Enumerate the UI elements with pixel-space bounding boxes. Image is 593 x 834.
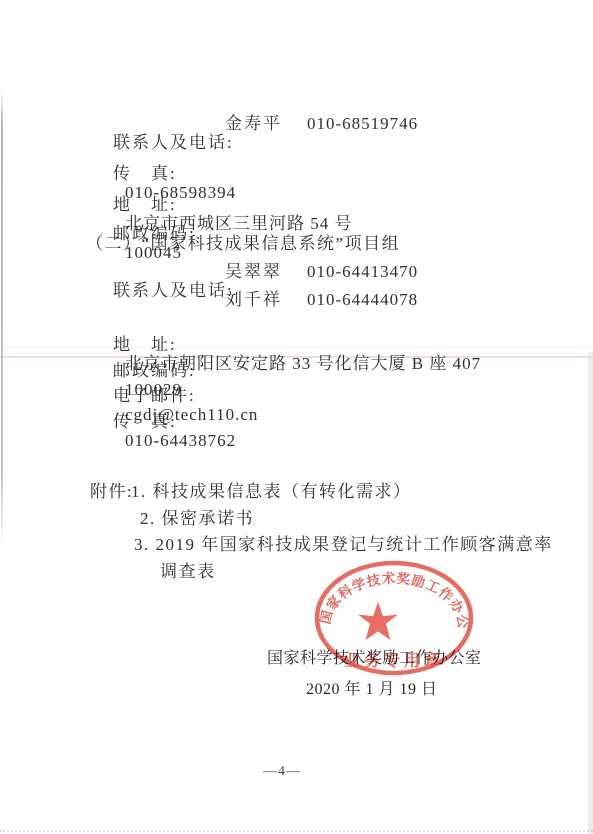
contact-row-office2-a: 联系人及电话: 吴翠翠 010-64413470 [90,262,510,281]
contact-row-office1: 联系人及电话: 金寿平 010-68519746 [90,114,510,133]
section-heading: （二）“国家科技成果信息系统”项目组 [86,234,400,253]
official-seal: 国家科学技术奖励工作办公室 业务专用章 [302,548,492,688]
fax-label: 传 真: [113,412,177,431]
seal-bottom-text: 业务专用章 [344,651,444,670]
seal-star-icon [358,602,398,640]
scan-edge-left [1,88,3,545]
attachment-item-3-continuation: 调查表 [160,557,216,582]
page-number: —4— [263,764,301,780]
attachment-item-1: 1. 科技成果信息表（有转化需求） [131,477,412,502]
contact-phone: 010-64444078 [307,290,418,309]
fax-number: 010-64438762 [125,431,236,450]
contact-name: 吴翠翠 [225,262,282,281]
contact-name: 金寿平 [225,114,282,133]
contact-name: 刘千祥 [225,290,282,309]
attachments-label: 附件: [90,477,133,502]
scan-edge-bottom [0,830,593,834]
contact-row-office2-b: 刘千祥 010-64444078 [90,290,510,309]
attachment-item-2: 2. 保密承诺书 [140,504,254,529]
contact-phone: 010-64413470 [307,262,418,281]
contact-phone: 010-68519746 [307,114,418,133]
scan-edge-right [588,352,593,834]
fax-row-office2: 传 真: 010-64438762 [90,393,236,469]
document-page: 联系人及电话: 金寿平 010-68519746 传 真: 010-685983… [0,0,593,834]
